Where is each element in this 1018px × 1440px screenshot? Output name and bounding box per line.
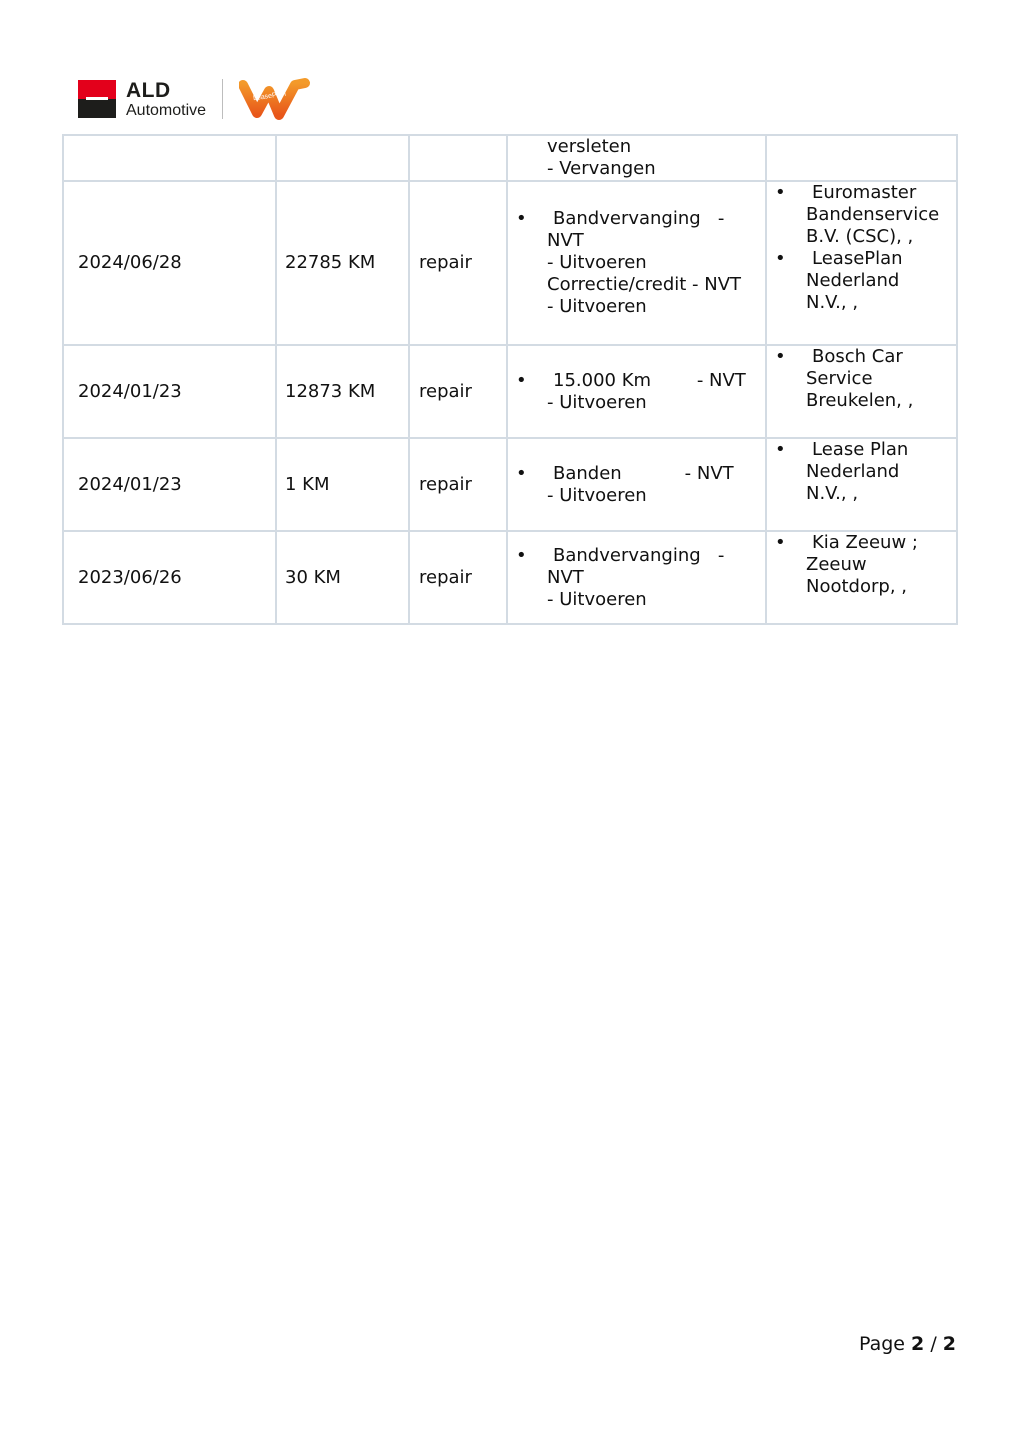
page-label: Page <box>859 1333 905 1355</box>
supplier-line: Nederland <box>767 270 956 292</box>
supplier-line: Nootdorp, , <box>767 576 956 598</box>
type-cell <box>409 135 507 181</box>
bullet-icon: • <box>516 463 527 485</box>
supplier-name: Euromaster <box>806 182 916 203</box>
brand-line-2: Automotive <box>126 103 206 119</box>
bullet-icon: • <box>775 248 786 270</box>
supplier-line: B.V. (CSC), , <box>767 226 956 248</box>
total-pages: 2 <box>943 1333 956 1355</box>
description-line: Correctie/credit - NVT <box>508 274 765 296</box>
table-row: 2023/06/26 30 KM repair •Bandvervanging … <box>63 531 957 624</box>
supplier-cell: •Bosch Car Service Breukelen, , <box>766 345 957 438</box>
description-cell: •Banden - NVT - Uitvoeren <box>507 438 766 531</box>
type-cell: repair <box>409 531 507 624</box>
date-cell: 2023/06/26 <box>63 531 276 624</box>
description-line: versleten <box>508 136 765 158</box>
maintenance-history-table: versleten - Vervangen 2024/06/28 22785 K… <box>62 134 958 625</box>
supplier-name: Bosch Car <box>806 346 903 367</box>
description-cell: •Bandvervanging - NVT - Uitvoeren Correc… <box>507 181 766 345</box>
supplier-cell: •Lease Plan Nederland N.V., , <box>766 438 957 531</box>
description-cell: •15.000 Km - NVT - Uitvoeren <box>507 345 766 438</box>
type-cell: repair <box>409 438 507 531</box>
bullet-icon: • <box>775 532 786 554</box>
type-cell: repair <box>409 345 507 438</box>
page-separator: / <box>930 1333 936 1355</box>
description-line: - Uitvoeren <box>508 485 765 507</box>
description-line: - Uitvoeren <box>508 252 765 274</box>
current-page: 2 <box>911 1333 924 1355</box>
description-line: NVT <box>508 567 765 589</box>
logo-divider <box>222 79 223 119</box>
bullet-icon: • <box>775 439 786 461</box>
ald-logo-icon <box>78 80 116 118</box>
page-header: ALD Automotive LeasePlan <box>78 76 311 122</box>
mileage-cell <box>276 135 409 181</box>
mileage-cell: 1 KM <box>276 438 409 531</box>
supplier-line: Service <box>767 368 956 390</box>
table-row: versleten - Vervangen <box>63 135 957 181</box>
ald-automotive-logo-text: ALD Automotive <box>126 80 206 119</box>
bullet-icon: • <box>775 346 786 368</box>
date-cell: 2024/01/23 <box>63 438 276 531</box>
supplier-line: Bandenservice <box>767 204 956 226</box>
bullet-icon: • <box>516 208 527 230</box>
supplier-name: Lease Plan <box>806 439 908 460</box>
supplier-line: Zeeuw <box>767 554 956 576</box>
description-line: - Vervangen <box>508 158 765 180</box>
description-cell: versleten - Vervangen <box>507 135 766 181</box>
type-cell: repair <box>409 181 507 345</box>
bullet-icon: • <box>516 545 527 567</box>
supplier-cell: •Euromaster Bandenservice B.V. (CSC), , … <box>766 181 957 345</box>
date-cell <box>63 135 276 181</box>
description-line: NVT <box>508 230 765 252</box>
date-cell: 2024/01/23 <box>63 345 276 438</box>
supplier-cell: •Kia Zeeuw ; Zeeuw Nootdorp, , <box>766 531 957 624</box>
description-cell: •Bandvervanging - NVT - Uitvoeren <box>507 531 766 624</box>
table-row: 2024/06/28 22785 KM repair •Bandvervangi… <box>63 181 957 345</box>
description-line: Bandvervanging - <box>547 545 724 566</box>
supplier-cell <box>766 135 957 181</box>
description-line: - Uitvoeren <box>508 392 765 414</box>
description-line: Banden - NVT <box>547 463 734 484</box>
description-line: - Uitvoeren <box>508 589 765 611</box>
page-number: Page 2 / 2 <box>859 1333 956 1355</box>
supplier-name: LeasePlan <box>806 248 903 269</box>
description-line: Bandvervanging - <box>547 208 724 229</box>
bullet-icon: • <box>516 370 527 392</box>
supplier-line: Nederland <box>767 461 956 483</box>
mileage-cell: 12873 KM <box>276 345 409 438</box>
date-cell: 2024/06/28 <box>63 181 276 345</box>
table-row: 2024/01/23 1 KM repair •Banden - NVT - U… <box>63 438 957 531</box>
brand-line-1: ALD <box>126 80 206 101</box>
mileage-cell: 30 KM <box>276 531 409 624</box>
table-row: 2024/01/23 12873 KM repair •15.000 Km - … <box>63 345 957 438</box>
supplier-line: N.V., , <box>767 483 956 505</box>
supplier-line: Breukelen, , <box>767 390 956 412</box>
leaseplan-logo-icon: LeasePlan <box>239 77 311 121</box>
supplier-name: Kia Zeeuw ; <box>806 532 918 553</box>
bullet-icon: • <box>775 182 786 204</box>
description-line: 15.000 Km - NVT <box>547 370 746 391</box>
description-line: - Uitvoeren <box>508 296 765 318</box>
supplier-line: N.V., , <box>767 292 956 314</box>
mileage-cell: 22785 KM <box>276 181 409 345</box>
